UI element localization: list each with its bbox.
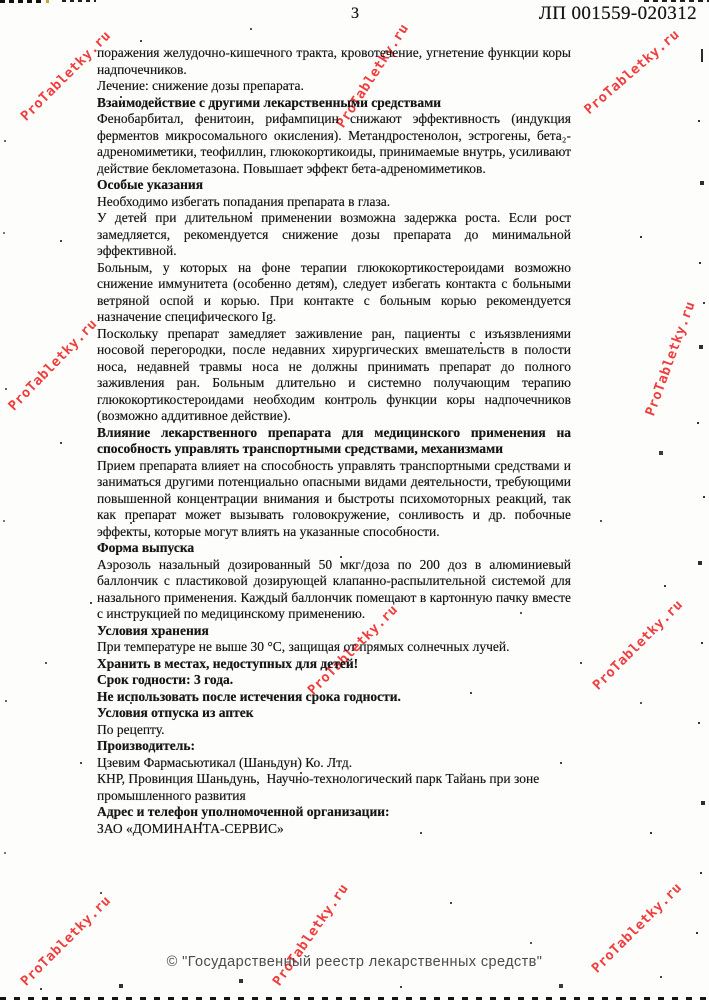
section-heading-manufacturer: Производитель:: [97, 738, 571, 755]
special-paragraph-2: У детей при длительном применении возмож…: [97, 210, 571, 260]
special-paragraph-1: Необходимо избегать попадания препарата …: [97, 194, 571, 211]
scan-edge-top-left: [0, 0, 45, 3]
special-paragraph-4: Поскольку препарат замедляет заживление …: [97, 326, 571, 425]
storage-warning: Хранить в местах, недоступных для детей!: [97, 656, 571, 673]
dispensing-text: По рецепту.: [97, 722, 571, 739]
driving-text: Прием препарата влияет на способность уп…: [97, 458, 571, 541]
watermark: ProTabletky.ru: [270, 883, 351, 989]
copyright-footer: © "Государственный реестр лекарственных …: [0, 954, 709, 970]
watermark: ProTabletky.ru: [590, 599, 685, 694]
scan-edge-top-right: [644, 0, 709, 2]
special-paragraph-3: Больным, у которых на фоне терапии глюко…: [97, 260, 571, 326]
form-text: Аэрозоль назальный дозированный 50 мкг/д…: [97, 557, 571, 623]
registration-number: ЛП 001559-020312: [539, 3, 697, 25]
section-heading-storage: Условия хранения: [97, 623, 571, 640]
watermark: ProTabletky.ru: [5, 318, 98, 414]
section-heading-form: Форма выпуска: [97, 540, 571, 557]
scan-noise: [0, 0, 2, 2]
page-number: 3: [340, 5, 370, 23]
org-name: ЗАО «ДОМИНАНТА-СЕРВИС»: [97, 821, 571, 838]
shelf-life-text: Срок годности: 3 года.: [97, 672, 571, 689]
section-heading-special: Особые указания: [97, 177, 571, 194]
document-body: поражения желудочно-кишечного тракта, кр…: [97, 45, 571, 837]
interactions-text: Фенобарбитал, фенитоин, рифампицин снижа…: [97, 111, 571, 177]
intro-treatment: Лечение: снижение дозы препарата.: [97, 78, 571, 95]
section-heading-org: Адрес и телефон уполномоченной организац…: [97, 804, 571, 821]
manufacturer-name: Цзевим Фармасьютикал (Шаньдун) Ко. Лтд.: [97, 755, 571, 772]
scan-edge-dot: [46, 0, 49, 3]
watermark: ProTabletky.ru: [581, 28, 681, 117]
section-heading-interactions: Взаимодействие с другими лекарственными …: [97, 95, 571, 112]
scan-edge-top-left2: [62, 0, 96, 2]
section-heading-driving: Влияние лекарственного препарата для мед…: [97, 425, 571, 458]
storage-text: При температуре не выше 30 °С, защищая о…: [97, 639, 571, 656]
watermark: ProTabletky.ru: [18, 895, 113, 990]
scan-edge-right-tick: [701, 49, 703, 62]
shelf-life-warning: Не использовать после истечения срока го…: [97, 689, 571, 706]
watermark: ProTabletky.ru: [642, 302, 697, 418]
intro-paragraph: поражения желудочно-кишечного тракта, кр…: [97, 45, 571, 78]
manufacturer-address: КНР, Провинция Шаньдунь, Научно-технолог…: [97, 771, 571, 804]
section-heading-dispensing: Условия отпуска из аптек: [97, 705, 571, 722]
